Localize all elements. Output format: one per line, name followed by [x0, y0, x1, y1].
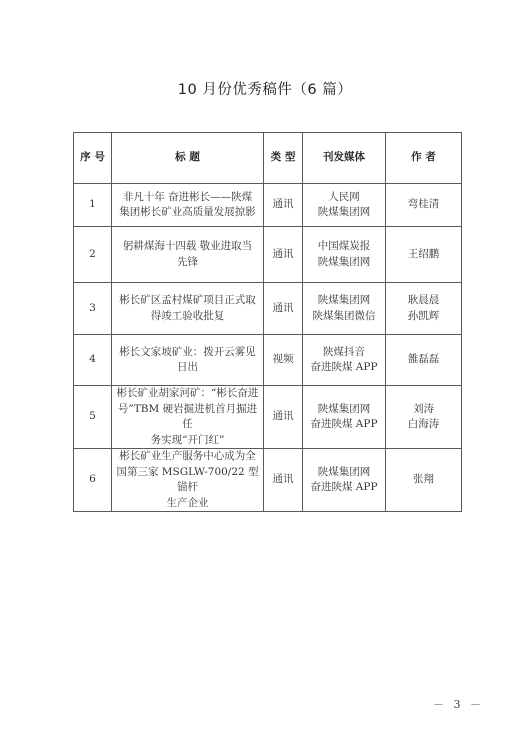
cell-index: 4 [74, 335, 112, 386]
media-line: 奋进陕煤 APP [306, 480, 382, 496]
title-line: 国第三家 MSGLW-700/22 型锚杆 [115, 465, 260, 496]
page-number: － 3 － [433, 696, 484, 712]
title-line: 务实现“开门红” [115, 433, 260, 449]
author-line: 王绍鹏 [389, 247, 458, 263]
title-line: 得竣工验收批复 [115, 309, 260, 325]
cell-author: 弯桂清 [386, 184, 462, 227]
cell-index: 5 [74, 386, 112, 449]
title-line: 彬长矿业生产服务中心成为全 [115, 449, 260, 465]
title-line: 集团彬长矿业高质量发展掠影 [115, 205, 260, 221]
title-line: 彬长矿区孟村煤矿项目正式取 [115, 293, 260, 309]
title-line: 号”TBM 硬岩掘进机首月掘进任 [115, 402, 260, 433]
media-line: 人民网 [306, 190, 382, 206]
media-line: 中国煤炭报 [306, 239, 382, 255]
page-title: 10 月份优秀稿件（6 篇） [0, 78, 530, 99]
author-line: 弯桂清 [389, 197, 458, 213]
cell-title: 彬长文家坡矿业：拨开云雾见 日出 [112, 335, 264, 386]
media-line: 陕煤集团网 [306, 205, 382, 221]
cell-media: 陕煤集团网 奋进陕煤 APP [303, 386, 386, 449]
cell-media: 陕煤集团网 奋进陕煤 APP [303, 449, 386, 512]
table-row: 2 躬耕煤海十四载 敬业进取当 先锋 通讯 中国煤炭报 陕煤集团网 王绍鹏 [74, 227, 462, 283]
title-line: 非凡十年 奋进彬长——陕煤 [115, 190, 260, 206]
cell-index: 2 [74, 227, 112, 283]
media-line: 陕煤集团网 [306, 402, 382, 418]
title-line: 先锋 [115, 255, 260, 271]
author-line: 白海涛 [389, 417, 458, 433]
author-line: 张翔 [389, 472, 458, 488]
cell-title: 非凡十年 奋进彬长——陕煤 集团彬长矿业高质量发展掠影 [112, 184, 264, 227]
cell-type: 通讯 [264, 227, 303, 283]
table-header-row: 序 号 标 题 类 型 刊发媒体 作 者 [74, 133, 462, 184]
cell-author: 刘涛 白海涛 [386, 386, 462, 449]
cell-title: 彬长矿业生产服务中心成为全 国第三家 MSGLW-700/22 型锚杆 生产企业 [112, 449, 264, 512]
cell-type: 视频 [264, 335, 303, 386]
media-line: 奋进陕煤 APP [306, 360, 382, 376]
author-line: 耿晨晨 [389, 293, 458, 309]
table-row: 1 非凡十年 奋进彬长——陕煤 集团彬长矿业高质量发展掠影 通讯 人民网 陕煤集… [74, 184, 462, 227]
table-row: 6 彬长矿业生产服务中心成为全 国第三家 MSGLW-700/22 型锚杆 生产… [74, 449, 462, 512]
cell-index: 6 [74, 449, 112, 512]
excellent-articles-table: 序 号 标 题 类 型 刊发媒体 作 者 1 非凡十年 奋进彬长——陕煤 集团彬… [73, 132, 462, 512]
author-line: 雒磊磊 [389, 352, 458, 368]
cell-type: 通讯 [264, 386, 303, 449]
cell-media: 中国煤炭报 陕煤集团网 [303, 227, 386, 283]
media-line: 陕煤集团微信 [306, 309, 382, 325]
cell-type: 通讯 [264, 449, 303, 512]
title-line: 躬耕煤海十四载 敬业进取当 [115, 239, 260, 255]
cell-title: 彬长矿业胡家河矿：“彬长奋进 号”TBM 硬岩掘进机首月掘进任 务实现“开门红” [112, 386, 264, 449]
author-line: 刘涛 [389, 402, 458, 418]
cell-author: 耿晨晨 孙凯辉 [386, 283, 462, 335]
table-row: 3 彬长矿区孟村煤矿项目正式取 得竣工验收批复 通讯 陕煤集团网 陕煤集团微信 … [74, 283, 462, 335]
media-line: 奋进陕煤 APP [306, 417, 382, 433]
cell-type: 通讯 [264, 283, 303, 335]
cell-author: 张翔 [386, 449, 462, 512]
author-line: 孙凯辉 [389, 309, 458, 325]
title-line: 生产企业 [115, 496, 260, 512]
header-type: 类 型 [264, 133, 303, 184]
media-line: 陕煤集团网 [306, 465, 382, 481]
cell-author: 王绍鹏 [386, 227, 462, 283]
header-index: 序 号 [74, 133, 112, 184]
media-line: 陕煤集团网 [306, 293, 382, 309]
cell-media: 人民网 陕煤集团网 [303, 184, 386, 227]
cell-title: 彬长矿区孟村煤矿项目正式取 得竣工验收批复 [112, 283, 264, 335]
header-author: 作 者 [386, 133, 462, 184]
table-row: 4 彬长文家坡矿业：拨开云雾见 日出 视频 陕煤抖音 奋进陕煤 APP 雒磊磊 [74, 335, 462, 386]
header-title: 标 题 [112, 133, 264, 184]
media-line: 陕煤抖音 [306, 345, 382, 361]
header-media: 刊发媒体 [303, 133, 386, 184]
title-line: 日出 [115, 360, 260, 376]
cell-index: 1 [74, 184, 112, 227]
title-line: 彬长文家坡矿业：拨开云雾见 [115, 345, 260, 361]
cell-media: 陕煤集团网 陕煤集团微信 [303, 283, 386, 335]
cell-type: 通讯 [264, 184, 303, 227]
cell-author: 雒磊磊 [386, 335, 462, 386]
cell-index: 3 [74, 283, 112, 335]
media-line: 陕煤集团网 [306, 255, 382, 271]
cell-media: 陕煤抖音 奋进陕煤 APP [303, 335, 386, 386]
cell-title: 躬耕煤海十四载 敬业进取当 先锋 [112, 227, 264, 283]
table-row: 5 彬长矿业胡家河矿：“彬长奋进 号”TBM 硬岩掘进机首月掘进任 务实现“开门… [74, 386, 462, 449]
title-line: 彬长矿业胡家河矿：“彬长奋进 [115, 386, 260, 402]
